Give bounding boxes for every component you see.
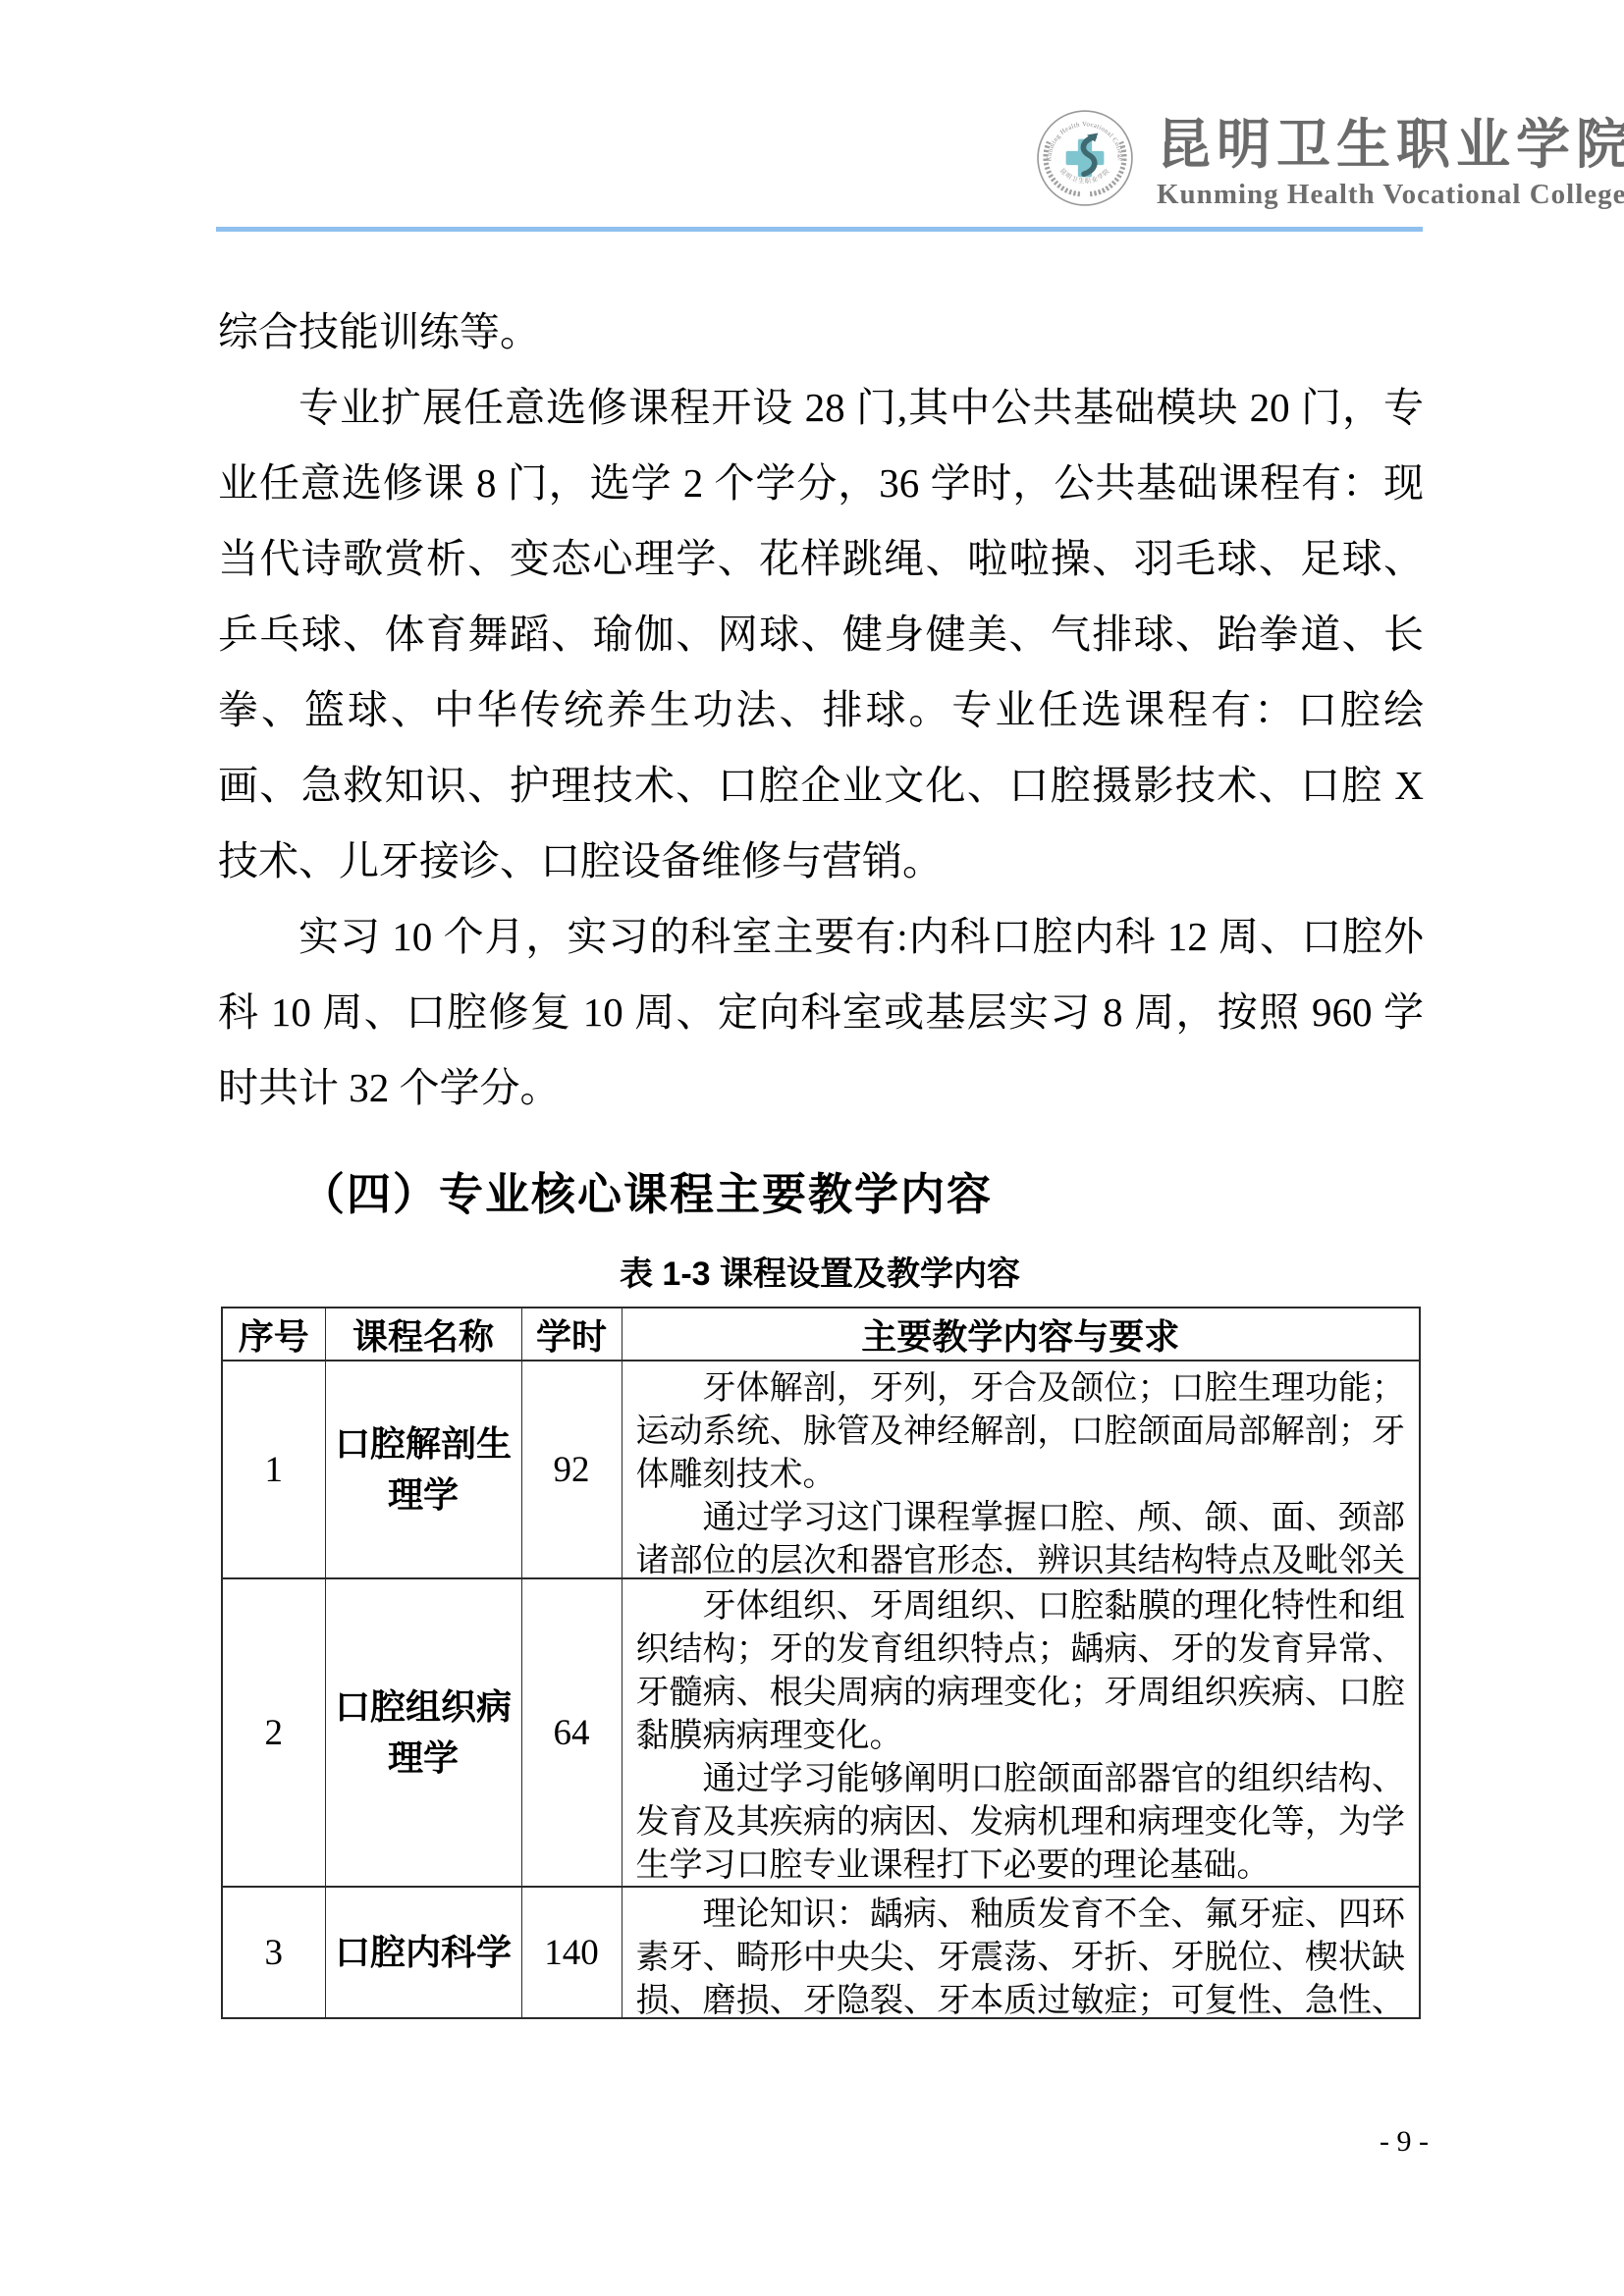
content-paragraph: 通过学习这门课程掌握口腔、颅、颌、面、颈部诸部位的层次和器官形态，辨识其结构特点… [636,1497,1406,1574]
table-row: 1 口腔解剖生理学 92 牙体解剖，牙列，牙合及颌位；口腔生理功能；运动系统、脉… [222,1361,1420,1578]
table-header-row: 序号 课程名称 学时 主要教学内容与要求 [222,1308,1420,1361]
section-heading: （四）专业核心课程主要教学内容 [218,1164,1424,1225]
content-paragraph: 理论知识：龋病、釉质发育不全、氟牙症、四环素牙、畸形中央尖、牙震荡、牙折、牙脱位… [636,1894,1406,2015]
course-name: 口腔解剖生理学 [325,1361,521,1578]
content-paragraph: 通过学习能够阐明口腔颌面部器官的组织结构、发育及其疾病的病因、发病机理和病理变化… [636,1758,1406,1884]
course-table: 序号 课程名称 学时 主要教学内容与要求 1 口腔解剖生理学 92 牙体解剖，牙… [221,1307,1421,2019]
course-name: 口腔组织病理学 [325,1578,521,1887]
content-paragraph: 牙体组织、牙周组织、口腔黏膜的理化特性和组织结构；牙的发育组织特点；龋病、牙的发… [636,1585,1406,1758]
document-page: Kunming Health Vocational College 昆明卫生职业… [0,0,1624,2296]
college-logo: Kunming Health Vocational College 昆明卫生职业… [1035,108,1135,208]
course-content-text: 牙体解剖，牙列，牙合及颌位；口腔生理功能；运动系统、脉管及神经解剖，口腔颌面局部… [636,1367,1406,1574]
college-name-english: Kunming Health Vocational College [1157,179,1569,210]
course-name: 口腔内科学 [325,1887,521,2018]
column-header-no: 序号 [222,1308,325,1361]
course-hours: 64 [521,1578,622,1887]
row-number: 2 [222,1578,325,1887]
table-caption: 表 1-3 课程设置及教学内容 [221,1253,1419,1296]
body-text: 综合技能训练等。 专业扩展任意选修课程开设 28 门,其中公共基础模块 20 门… [218,294,1424,1156]
course-content: 牙体解剖，牙列，牙合及颌位；口腔生理功能；运动系统、脉管及神经解剖，口腔颌面局部… [622,1361,1420,1578]
table-row: 3 口腔内科学 140 理论知识：龋病、釉质发育不全、氟牙症、四环素牙、畸形中央… [222,1887,1420,2018]
paragraph: 专业扩展任意选修课程开设 28 门,其中公共基础模块 20 门，专业任意选修课 … [218,370,1424,899]
course-content: 牙体组织、牙周组织、口腔黏膜的理化特性和组织结构；牙的发育组织特点；龋病、牙的发… [622,1578,1420,1887]
header-divider-line [216,227,1423,232]
course-hours: 140 [521,1887,622,2018]
column-header-course-name: 课程名称 [325,1308,521,1361]
course-hours: 92 [521,1361,622,1578]
column-header-hours: 学时 [521,1308,622,1361]
course-content: 理论知识：龋病、釉质发育不全、氟牙症、四环素牙、畸形中央尖、牙震荡、牙折、牙脱位… [622,1887,1420,2018]
college-name-calligraphy: 昆明卫生职业学院 [1157,116,1569,175]
column-header-content: 主要教学内容与要求 [622,1308,1420,1361]
table-row: 2 口腔组织病理学 64 牙体组织、牙周组织、口腔黏膜的理化特性和组织结构；牙的… [222,1578,1420,1887]
college-brand: 昆明卫生职业学院 Kunming Health Vocational Colle… [1157,116,1569,210]
course-content-text: 理论知识：龋病、釉质发育不全、氟牙症、四环素牙、畸形中央尖、牙震荡、牙折、牙脱位… [636,1894,1406,2015]
paragraph: 实习 10 个月，实习的科室主要有:内科口腔内科 12 周、口腔外科 10 周、… [218,899,1424,1126]
page-number: - 9 - [1360,2122,1448,2162]
course-content-text: 牙体组织、牙周组织、口腔黏膜的理化特性和组织结构；牙的发育组织特点；龋病、牙的发… [636,1585,1406,1884]
row-number: 1 [222,1361,325,1578]
content-paragraph: 牙体解剖，牙列，牙合及颌位；口腔生理功能；运动系统、脉管及神经解剖，口腔颌面局部… [636,1367,1406,1497]
paragraph: 综合技能训练等。 [218,294,1424,370]
row-number: 3 [222,1887,325,2018]
